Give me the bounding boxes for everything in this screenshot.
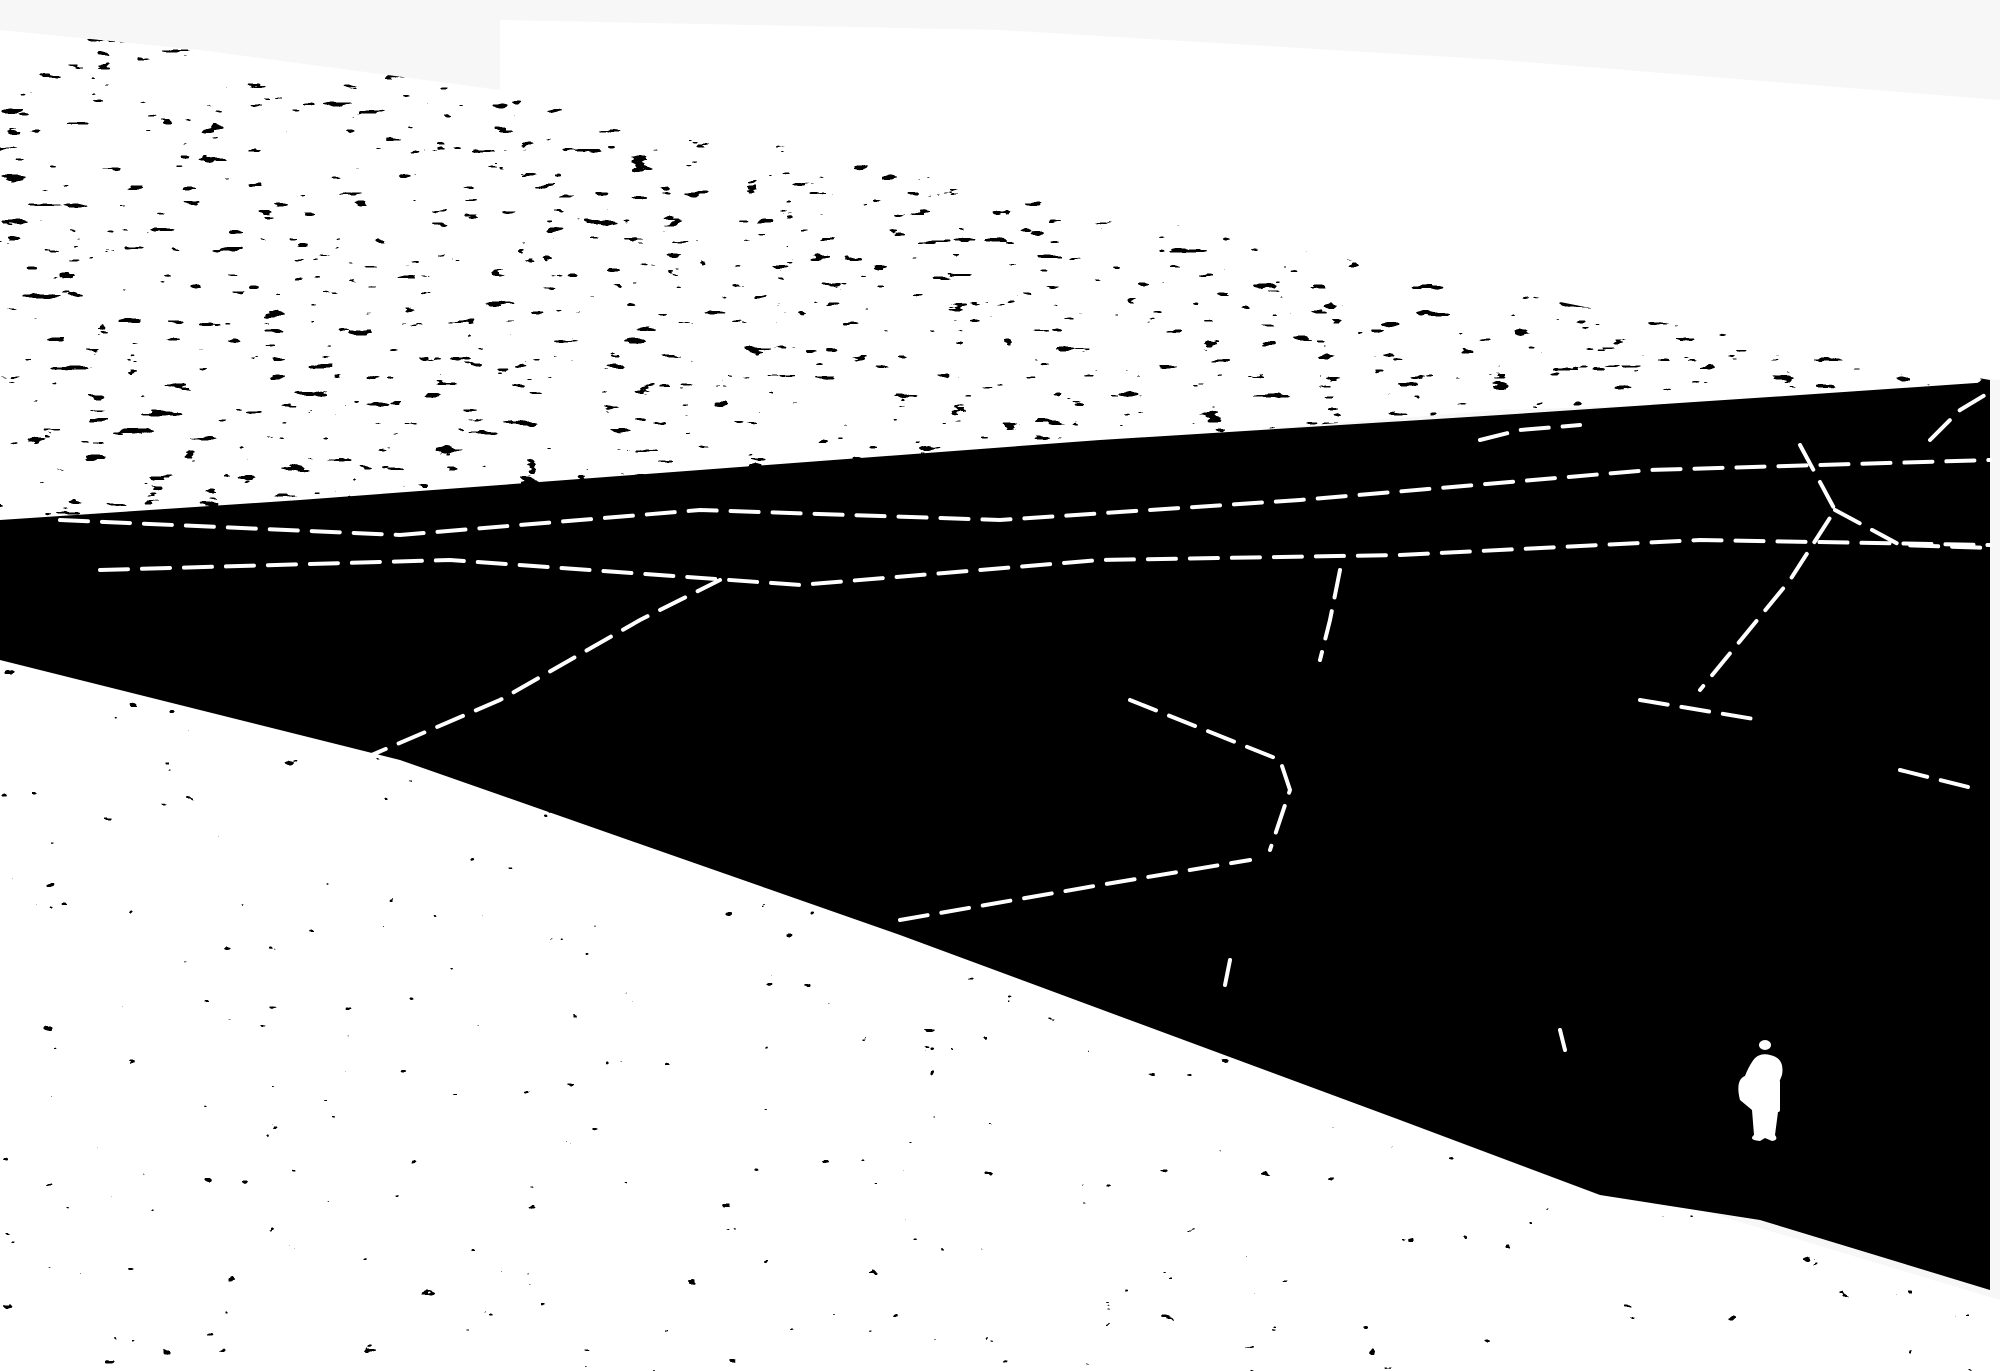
- photo-scene: [0, 0, 2000, 1371]
